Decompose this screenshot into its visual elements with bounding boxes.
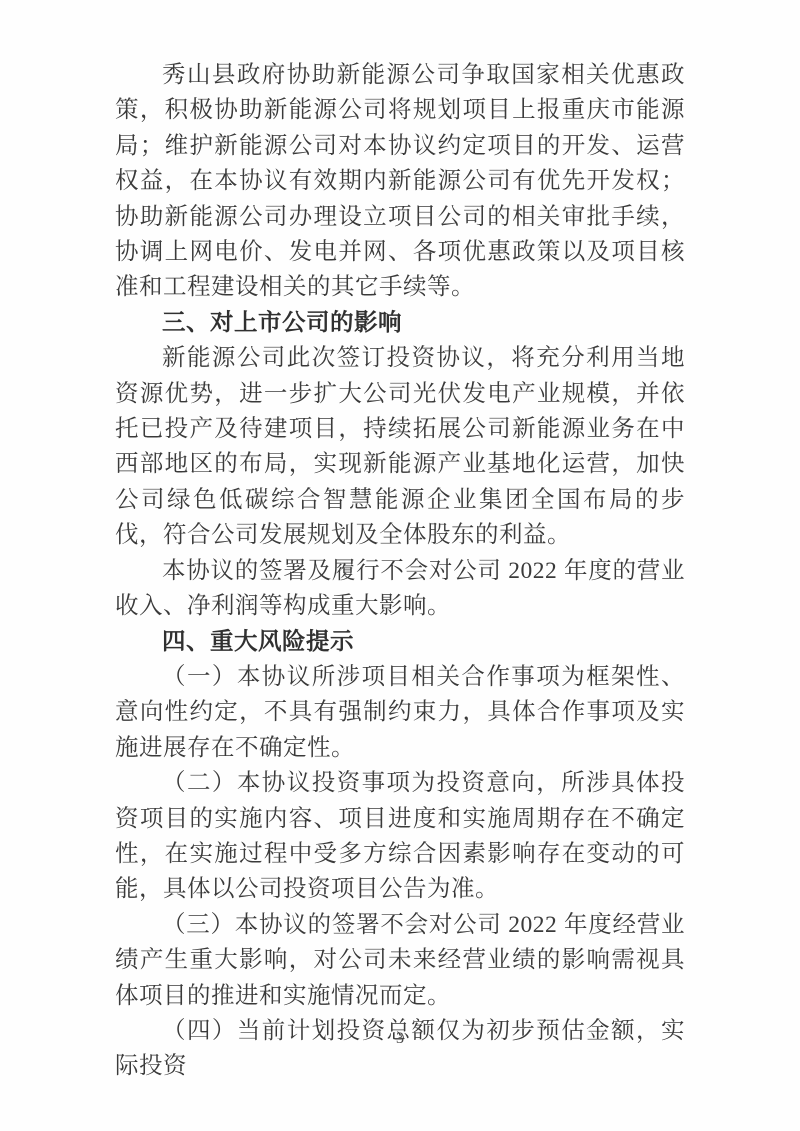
- document-page: 秀山县政府协助新能源公司争取国家相关优惠政策，积极协助新能源公司将规划项目上报重…: [0, 0, 800, 1131]
- section-heading-impact: 三、对上市公司的影响: [115, 306, 685, 341]
- paragraph-impact-detail: 新能源公司此次签订投资协议，将充分利用当地资源优势，进一步扩大公司光伏发电产业规…: [115, 341, 685, 553]
- section-heading-risk: 四、重大风险提示: [115, 625, 685, 660]
- page-number: 3: [0, 1030, 800, 1048]
- paragraph-risk-item-3: （三）本协议的签署不会对公司 2022 年度经营业绩产生重大影响，对公司未来经营…: [115, 908, 685, 1014]
- paragraph-risk-item-4: （四）当前计划投资总额仅为初步预估金额，实际投资: [115, 1014, 685, 1085]
- document-body: 秀山县政府协助新能源公司争取国家相关优惠政策，积极协助新能源公司将规划项目上报重…: [115, 58, 685, 1085]
- paragraph-no-material-impact: 本协议的签署及履行不会对公司 2022 年度的营业收入、净利润等构成重大影响。: [115, 554, 685, 625]
- paragraph-risk-item-1: （一）本协议所涉项目相关合作事项为框架性、意向性约定，不具有强制约束力，具体合作…: [115, 660, 685, 766]
- paragraph-risk-item-2: （二）本协议投资事项为投资意向，所涉具体投资项目的实施内容、项目进度和实施周期存…: [115, 766, 685, 908]
- paragraph-government-support: 秀山县政府协助新能源公司争取国家相关优惠政策，积极协助新能源公司将规划项目上报重…: [115, 58, 685, 306]
